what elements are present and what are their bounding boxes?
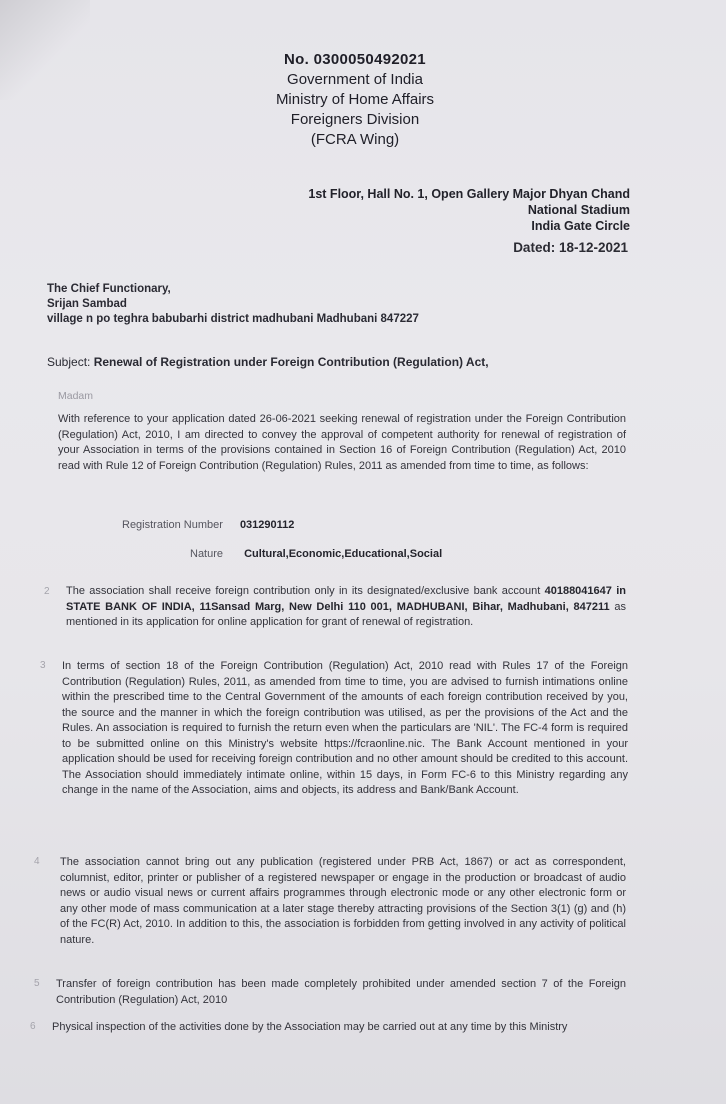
org-line: Foreigners Division	[240, 110, 470, 130]
paper-fold-shadow	[0, 0, 90, 100]
point-5-transfer: Transfer of foreign contribution has bee…	[56, 977, 626, 1008]
org-line: Government of India	[240, 70, 470, 90]
point-2-bank-account: The association shall receive foreign co…	[66, 584, 626, 631]
point-number: 4	[34, 856, 40, 867]
point-text: The association shall receive foreign co…	[66, 585, 545, 597]
intro-paragraph: With reference to your application dated…	[58, 412, 626, 474]
org-line: Ministry of Home Affairs	[240, 90, 470, 110]
point-6-inspection: Physical inspection of the activities do…	[52, 1020, 626, 1036]
letter-page: No. 0300050492021 Government of India Mi…	[0, 0, 726, 1104]
nature-value: Cultural,Economic,Educational,Social	[244, 548, 442, 560]
reference-number: No. 0300050492021	[240, 50, 470, 70]
subject-line: Subject: Renewal of Registration under F…	[47, 355, 489, 369]
point-4-publication: The association cannot bring out any pub…	[60, 855, 626, 948]
registration-number-label: Registration Number	[122, 519, 223, 531]
letter-date: Dated: 18-12-2021	[513, 240, 628, 255]
office-address: 1st Floor, Hall No. 1, Open Gallery Majo…	[308, 186, 630, 234]
nature-row: Nature Cultural,Economic,Educational,Soc…	[190, 548, 442, 560]
address-line: India Gate Circle	[308, 218, 630, 234]
recipient-address: village n po teghra babubarhi district m…	[47, 312, 419, 327]
recipient-block: The Chief Functionary, Srijan Sambad vil…	[47, 282, 419, 327]
address-line: 1st Floor, Hall No. 1, Open Gallery Majo…	[308, 186, 630, 202]
subject-text: Renewal of Registration under Foreign Co…	[94, 355, 489, 369]
point-number: 6	[30, 1021, 36, 1032]
point-number: 3	[40, 660, 46, 671]
recipient-name: Srijan Sambad	[47, 297, 419, 312]
registration-number-value: 031290112	[240, 519, 294, 531]
point-number: 2	[44, 586, 50, 597]
registration-number-row: Registration Number 031290112	[122, 519, 294, 531]
address-line: National Stadium	[308, 202, 630, 218]
nature-label: Nature	[190, 548, 223, 560]
point-3-intimation: In terms of section 18 of the Foreign Co…	[62, 659, 628, 799]
org-line: (FCRA Wing)	[240, 130, 470, 150]
letter-header: No. 0300050492021 Government of India Mi…	[240, 50, 470, 150]
subject-label: Subject:	[47, 355, 90, 369]
recipient-title: The Chief Functionary,	[47, 282, 419, 297]
salutation: Madam	[58, 390, 93, 402]
point-number: 5	[34, 978, 40, 989]
